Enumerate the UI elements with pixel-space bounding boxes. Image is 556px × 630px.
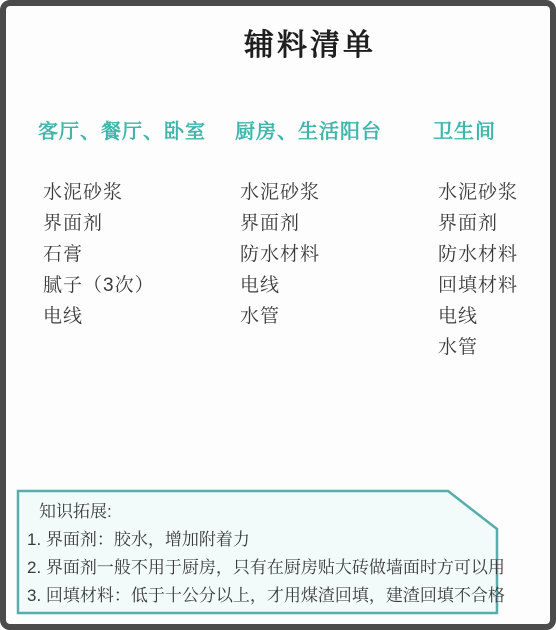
column-bathroom: 卫生间 水泥砂浆 界面剂 防水材料 回填材料 电线 水管 (433, 115, 542, 363)
material-item: 水泥砂浆 (438, 177, 542, 208)
material-item: 界面剂 (240, 208, 433, 239)
material-item: 水管 (438, 332, 542, 363)
knowledge-note: 2. 界面剂一般不用于厨房，只有在厨房贴大砖做墙面时方可以用 (27, 554, 486, 582)
column-living-dining-bedroom: 客厅、餐厅、卧室 水泥砂浆 界面剂 石膏 腻子（3次） 电线 (38, 115, 235, 332)
material-item: 回填材料 (438, 270, 542, 301)
material-item: 水管 (240, 301, 433, 332)
materials-list-page: 辅料清单 客厅、餐厅、卧室 水泥砂浆 界面剂 石膏 腻子（3次） 电线 厨房、生… (0, 0, 556, 630)
knowledge-content: 知识拓展: 1. 界面剂：胶水，增加附着力 2. 界面剂一般不用于厨房，只有在厨… (27, 498, 486, 610)
material-item: 电线 (43, 301, 235, 332)
column-kitchen-balcony: 厨房、生活阳台 水泥砂浆 界面剂 防水材料 电线 水管 (235, 115, 433, 332)
material-item: 防水材料 (240, 239, 433, 270)
materials-list: 水泥砂浆 界面剂 防水材料 电线 水管 (235, 177, 433, 332)
knowledge-title: 知识拓展: (27, 498, 486, 526)
column-header: 厨房、生活阳台 (235, 115, 433, 144)
material-item: 界面剂 (43, 208, 235, 239)
material-item: 水泥砂浆 (43, 177, 235, 208)
column-header: 卫生间 (433, 115, 542, 144)
materials-columns: 客厅、餐厅、卧室 水泥砂浆 界面剂 石膏 腻子（3次） 电线 厨房、生活阳台 水… (38, 115, 542, 363)
materials-list: 水泥砂浆 界面剂 防水材料 回填材料 电线 水管 (433, 177, 542, 363)
knowledge-note: 3. 回填材料：低于十公分以上，才用煤渣回填，建渣回填不合格 (27, 582, 486, 610)
material-item: 电线 (240, 270, 433, 301)
material-item: 腻子（3次） (43, 270, 235, 301)
knowledge-box: 知识拓展: 1. 界面剂：胶水，增加附着力 2. 界面剂一般不用于厨房，只有在厨… (16, 489, 500, 615)
knowledge-note: 1. 界面剂：胶水，增加附着力 (27, 526, 486, 554)
material-item: 防水材料 (438, 239, 542, 270)
page-title: 辅料清单 (6, 20, 550, 64)
material-item: 石膏 (43, 239, 235, 270)
column-header: 客厅、餐厅、卧室 (38, 115, 235, 144)
material-item: 水泥砂浆 (240, 177, 433, 208)
materials-list: 水泥砂浆 界面剂 石膏 腻子（3次） 电线 (38, 177, 235, 332)
material-item: 电线 (438, 301, 542, 332)
material-item: 界面剂 (438, 208, 542, 239)
